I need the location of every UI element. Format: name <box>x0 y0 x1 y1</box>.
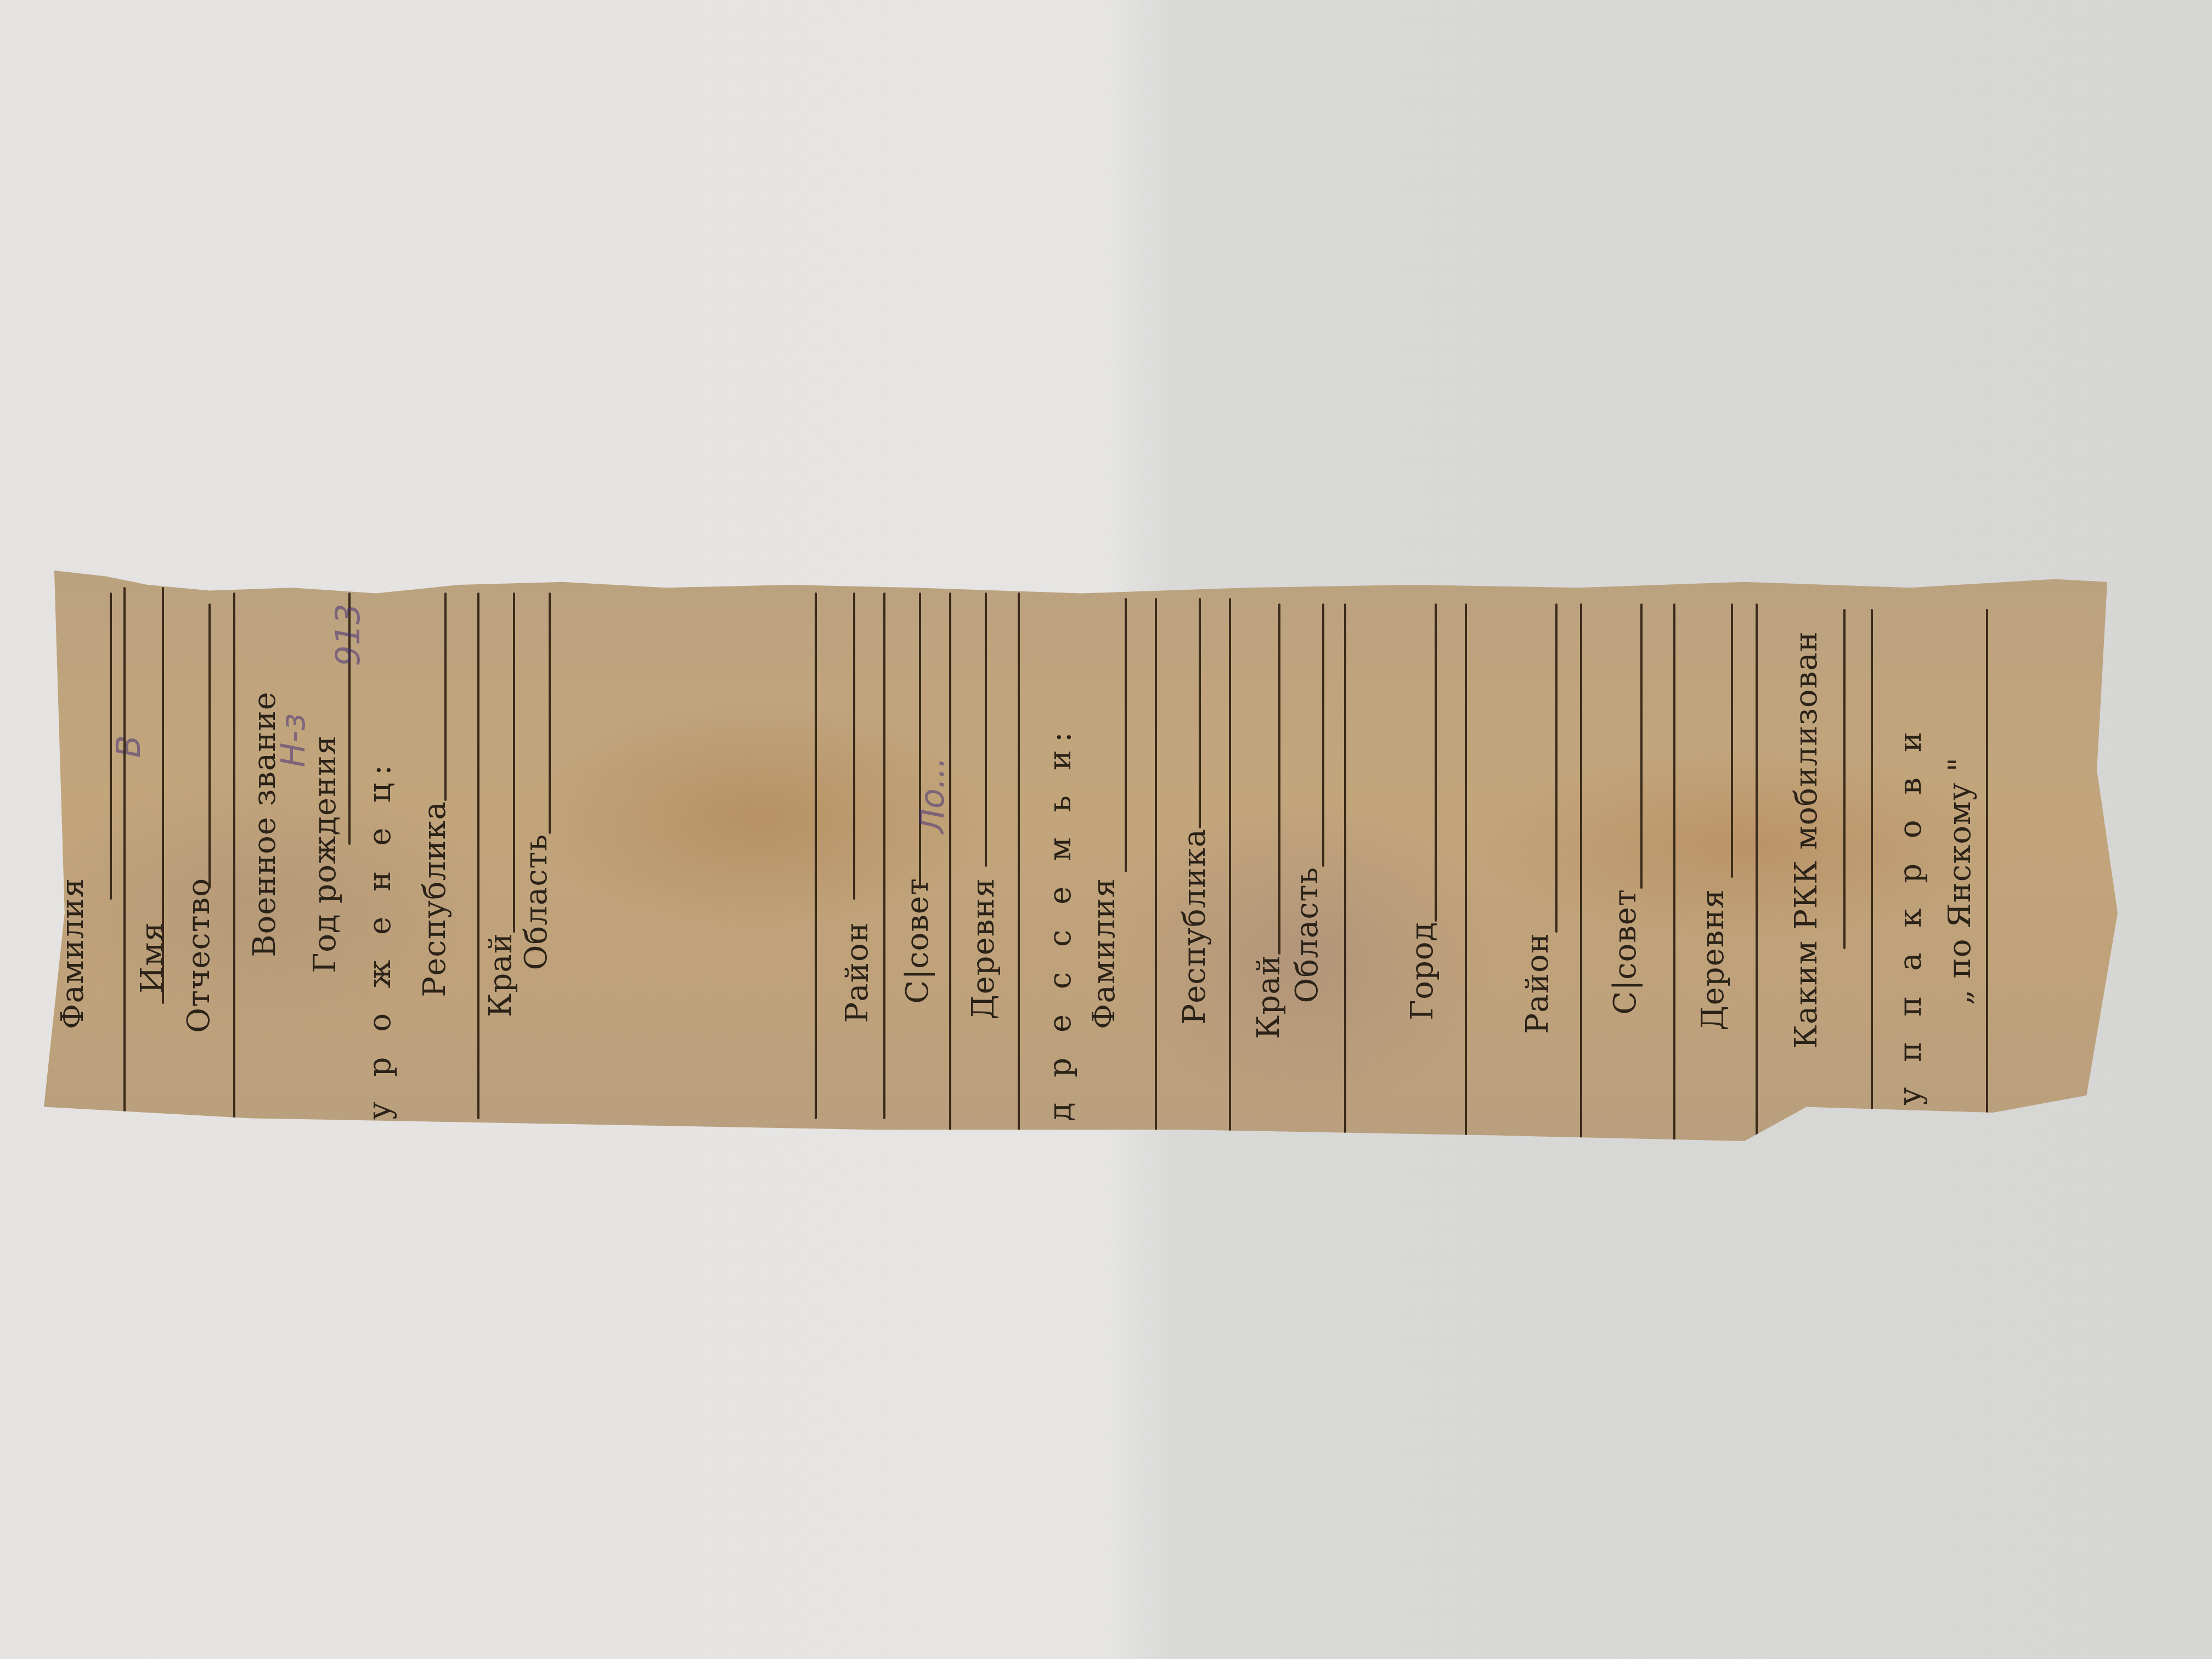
label-blood-group: Г р у п п а к р о в и <box>1893 724 1928 1195</box>
label-family-raion: Район <box>1520 933 1555 1034</box>
label-republic: Республика <box>417 801 453 997</box>
label-raion: Район <box>839 922 875 1023</box>
rule-family-village <box>1731 603 1733 878</box>
rule-village <box>985 592 987 867</box>
label-family-krai: Край <box>1251 955 1286 1039</box>
rule-mobilized-by-2 <box>1871 609 1873 1158</box>
rule-military-rank <box>233 592 235 1141</box>
label-native-of-header: у р о ж е н е ц: <box>362 757 398 1120</box>
rule-family-selsovet <box>1640 603 1643 889</box>
label-krai: Край <box>483 933 518 1017</box>
label-first-name: Имя <box>134 922 170 994</box>
rule-family-republic-2 <box>1229 598 1231 1147</box>
rule-family-krai <box>1278 603 1280 955</box>
rule-krai <box>513 592 515 933</box>
label-birth-year: Год рождения <box>307 735 343 973</box>
rule-family-surname-2 <box>1155 598 1157 1147</box>
rule-family-village-2 <box>1756 603 1758 1152</box>
label-mobilized-by: Каким РКК мобилизован <box>1788 631 1865 1048</box>
rule-village-top <box>949 592 951 1141</box>
label-oblast: Область <box>518 834 554 970</box>
rule-family-raion-2 <box>1580 603 1582 1152</box>
rule-family-republic <box>1199 598 1201 828</box>
rule-republic <box>444 592 447 801</box>
rule-family-city <box>1435 603 1437 922</box>
rule-raion-top <box>815 592 817 1119</box>
label-selsovet: С|совет <box>900 878 935 1003</box>
rule-raion <box>853 592 855 900</box>
rule-family-oblast-2 <box>1344 603 1346 1152</box>
rule-selsovet <box>919 592 921 889</box>
handwritten-selsovet: Ло... <box>913 757 952 833</box>
label-family-surname: Фамилия <box>1086 878 1122 1029</box>
label-family-oblast: Область <box>1289 867 1325 1003</box>
label-family-address-header: А д р е с с е м ь и: <box>1042 724 1078 1170</box>
rule-family-city-2 <box>1465 603 1467 1152</box>
label-family-selsovet: С|совет <box>1607 889 1643 1014</box>
rule-first-name <box>123 587 126 1136</box>
label-jansky-classification: „ по Янскому " <box>1942 757 1978 1005</box>
rule-republic-2 <box>477 592 479 1119</box>
medallion-form: Фамилия В Имя Отчество Военное звание Н-… <box>44 571 2118 1141</box>
rule-oblast <box>549 592 551 834</box>
rule-family-raion <box>1555 603 1558 933</box>
label-patronymic: Отчество <box>181 878 217 1033</box>
rule-family-oblast <box>1322 603 1324 867</box>
rule-village-2 <box>1018 592 1020 1141</box>
label-surname: Фамилия <box>55 878 91 1029</box>
rule-family-selsovet-2 <box>1673 603 1675 1152</box>
rule-patronymic-2 <box>208 603 211 889</box>
rule-blood-group <box>1986 609 1988 1158</box>
rule-family-surname <box>1125 598 1127 872</box>
rule-patronymic <box>162 587 164 1004</box>
label-family-city: Город <box>1404 922 1440 1020</box>
handwritten-surname: В <box>110 735 148 758</box>
handwritten-birth-year: 913 <box>329 603 368 667</box>
label-family-village: Деревня <box>1695 889 1731 1031</box>
label-family-republic: Республика <box>1177 828 1212 1024</box>
rule-mobilized-by <box>1843 609 1846 949</box>
rule-selsovet-top <box>883 592 885 1119</box>
label-village: Деревня <box>966 878 1001 1020</box>
